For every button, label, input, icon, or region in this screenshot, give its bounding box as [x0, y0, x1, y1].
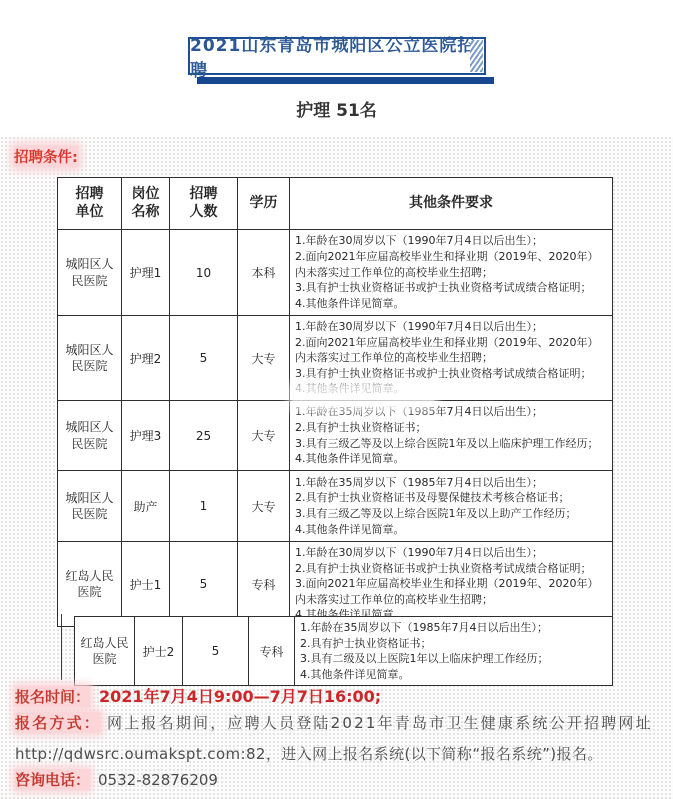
cell-unit: 红岛人民医院 — [75, 617, 135, 686]
cell-count: 5 — [183, 617, 249, 686]
position-count-subtitle: 护理 51名 — [0, 96, 673, 121]
page-title: 2021山东青岛市城阳区公立医院招聘 — [190, 31, 484, 81]
cell-count: 10 — [170, 230, 238, 316]
registration-time-label: 报名时间： — [15, 686, 90, 707]
cell-unit: 红岛人民医院 — [58, 542, 122, 627]
cell-unit: 城阳区人民医院 — [58, 230, 122, 316]
cell-degree: 专科 — [238, 542, 290, 627]
header-unit: 招聘 单位 — [58, 178, 122, 230]
contact-phone-line: 咨询电话：0532-82876209 — [15, 769, 218, 790]
recruitment-table-last-row: 红岛人民医院 护士2 5 专科 1.年龄在35周岁以下（1985年7月4日以后出… — [74, 616, 613, 686]
cell-degree: 专科 — [249, 617, 295, 686]
cell-conditions: 1.年龄在35周岁以下（1985年7月4日以后出生）； 2.具有护士执业资格证书… — [290, 401, 613, 471]
table-row: 城阳区人民医院 护理1 10 本科 1.年龄在30周岁以下（1990年7月4日以… — [58, 230, 613, 316]
cell-degree: 大专 — [238, 316, 290, 401]
table-row: 城阳区人民医院 护理2 5 大专 1.年龄在30周岁以下（1990年7月4日以后… — [58, 316, 613, 401]
cell-conditions: 1.年龄在35周岁以下（1985年7月4日以后出生）； 2.具有护士执业资格证书… — [295, 617, 613, 686]
table-row: 红岛人民医院 护士1 5 专科 1.年龄在30周岁以下（1990年7月4日以后出… — [58, 542, 613, 627]
cell-count: 25 — [170, 401, 238, 471]
registration-method-line: 报名方式：网上报名期间，应聘人员登陆2021年青岛市卫生健康系统公开招聘网址 — [15, 712, 665, 733]
cell-conditions: 1.年龄在30周岁以下（1990年7月4日以后出生）； 2.面向2021年应届高… — [290, 230, 613, 316]
cell-degree: 大专 — [238, 401, 290, 471]
table-row: 城阳区人民医院 助产 1 大专 1.年龄在35周岁以下（1985年7月4日以后出… — [58, 471, 613, 542]
cell-count: 5 — [170, 542, 238, 627]
registration-time-value: 2021年7月4日9:00—7月7日16:00; — [99, 687, 381, 706]
cell-conditions: 1.年龄在35周岁以下（1985年7月4日以后出生）； 2.具有护士执业资格证书… — [290, 471, 613, 542]
table-row: 红岛人民医院 护士2 5 专科 1.年龄在35周岁以下（1985年7月4日以后出… — [75, 617, 613, 686]
header-degree: 学历 — [238, 178, 290, 230]
cell-unit: 城阳区人民医院 — [58, 401, 122, 471]
header-panel: 2021山东青岛市城阳区公立医院招聘 护理 51名 — [0, 0, 673, 137]
registration-method-label: 报名方式： — [15, 712, 101, 733]
header-post: 岗位 名称 — [122, 178, 170, 230]
cell-unit: 城阳区人民医院 — [58, 471, 122, 542]
header-conditions: 其他条件要求 — [290, 178, 613, 230]
cell-conditions: 1.年龄在30周岁以下（1990年7月4日以后出生）； 2.具有护士执业资格证书… — [290, 542, 613, 627]
recruitment-conditions-label: 招聘条件: — [14, 146, 78, 167]
title-banner: 2021山东青岛市城阳区公立医院招聘 — [188, 37, 486, 75]
cell-conditions: 1.年龄在30周岁以下（1990年7月4日以后出生）； 2.面向2021年应届高… — [290, 316, 613, 401]
registration-url-line: http://qdwsrc.oumakspt.com:82，进入网上报名系统(以… — [15, 743, 603, 764]
cell-unit: 城阳区人民医院 — [58, 316, 122, 401]
cell-post: 助产 — [122, 471, 170, 542]
scan-artifact-line — [61, 614, 62, 680]
registration-time-line: 报名时间：2021年7月4日9:00—7月7日16:00; — [15, 684, 381, 707]
table-header-row: 招聘 单位 岗位 名称 招聘 人数 学历 其他条件要求 — [58, 178, 613, 230]
cell-degree: 本科 — [238, 230, 290, 316]
cell-post: 护理1 — [122, 230, 170, 316]
banner-underline-bar — [197, 77, 494, 84]
header-count: 招聘 人数 — [170, 178, 238, 230]
recruitment-table: 招聘 单位 岗位 名称 招聘 人数 学历 其他条件要求 城阳区人民医院 护理1 … — [57, 177, 613, 627]
cell-post: 护理3 — [122, 401, 170, 471]
contact-phone-label: 咨询电话： — [15, 769, 90, 790]
contact-phone-value: 0532-82876209 — [98, 771, 218, 789]
cell-count: 5 — [170, 316, 238, 401]
recruitment-notice-page: 2021山东青岛市城阳区公立医院招聘 护理 51名 招聘条件: 招聘 单位 岗位… — [0, 0, 673, 799]
cell-degree: 大专 — [238, 471, 290, 542]
cell-post: 护士1 — [122, 542, 170, 627]
registration-method-text: 网上报名期间，应聘人员登陆2021年青岛市卫生健康系统公开招聘网址 — [107, 714, 653, 732]
banner-stripes-decoration — [470, 40, 483, 72]
cell-count: 1 — [170, 471, 238, 542]
table-row: 城阳区人民医院 护理3 25 大专 1.年龄在35周岁以下（1985年7月4日以… — [58, 401, 613, 471]
cell-post: 护理2 — [122, 316, 170, 401]
cell-post: 护士2 — [135, 617, 183, 686]
